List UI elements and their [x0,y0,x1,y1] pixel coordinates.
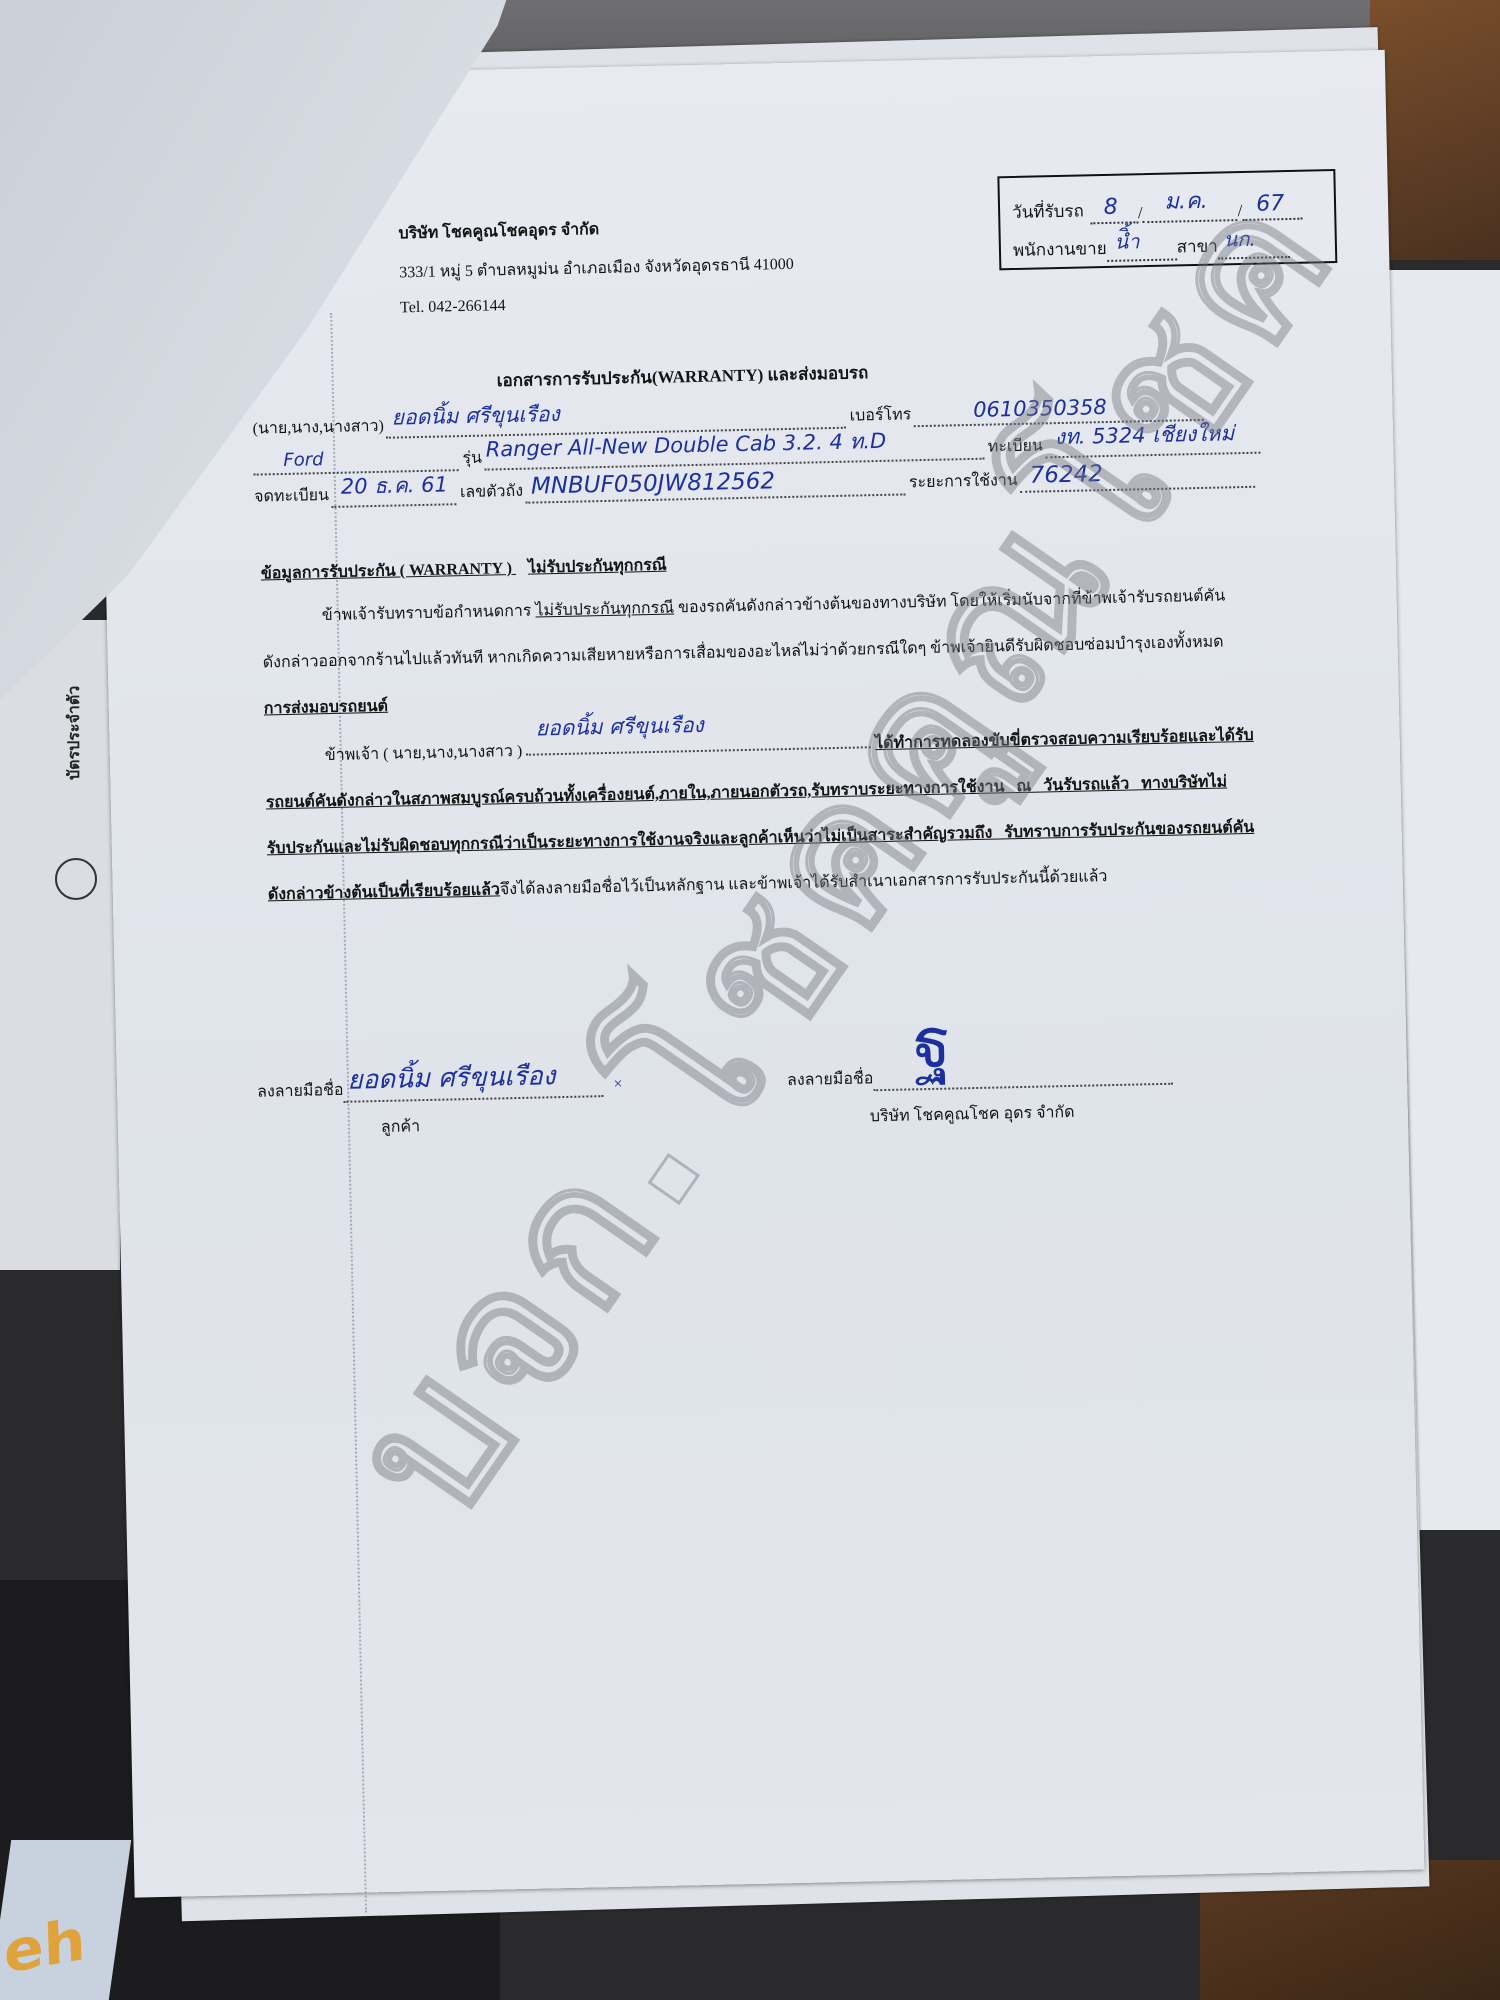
document-title: เอกสารการรับประกัน(WARRANTY) และส่งมอบรถ [496,359,868,394]
underlying-paper-text: บัตรประจำตัว [62,686,87,780]
received-date-label: วันที่รับรถ [1012,197,1084,226]
garuda-emblem-icon [55,858,97,900]
chassis-field: MNBUF050JW812562 [525,475,905,503]
no-warranty-emphasis: ไม่รับประกันทุกกรณี [535,599,674,619]
company-address: 333/1 หมู่ 5 ตำบลหมูม่น อำเภอเมือง จังหว… [399,252,794,286]
warranty-heading: ข้อมูลการรับประกัน ( WARRANTY ) ไม่รับปร… [261,553,667,587]
company-signature-field: ฐ [873,1067,1173,1092]
model-label: รุ่น [462,446,482,471]
company-caption: บริษัท โชคคูณโชค อุดร จำกัด [870,1100,1075,1129]
company-header: บริษัท โชคคูณโชคอุดร จำกัด 333/1 หมู่ 5 … [398,213,795,332]
fold-line [330,313,367,1913]
warranty-heading-text: ข้อมูลการรับประกัน ( WARRANTY ) [261,560,512,582]
customer-caption: ลูกค้า [381,1114,421,1140]
customer-name-label: (นาย,นาง,นางสาว) [252,414,384,442]
booklet-logo: eh [3,1906,87,1987]
chassis-label: เลขตัวถัง [460,479,524,505]
model-field: Ranger All-New Double Cab 3.2. 4 ท.D [484,440,984,471]
company-tel: Tel. 042-266144 [400,291,795,318]
underlying-paper-left [0,620,120,1270]
company-name: บริษัท โชคคูณโชคอุดร จำกัด [398,213,793,247]
registration-date-label: จดทะเบียน [254,483,329,510]
delivery-name-label: ข้าพเจ้า ( นาย,นาง,นางสาว ) [325,743,523,764]
background-wood [1370,0,1500,260]
background-booklet: eh [0,1840,131,2000]
customer-sign-label: ลงลายมือชื่อ [257,1082,344,1101]
registration-date-field: 20 ธ.ค. 61 [331,485,456,508]
warranty-heading-note: ไม่รับประกันทุกกรณี [528,557,667,577]
